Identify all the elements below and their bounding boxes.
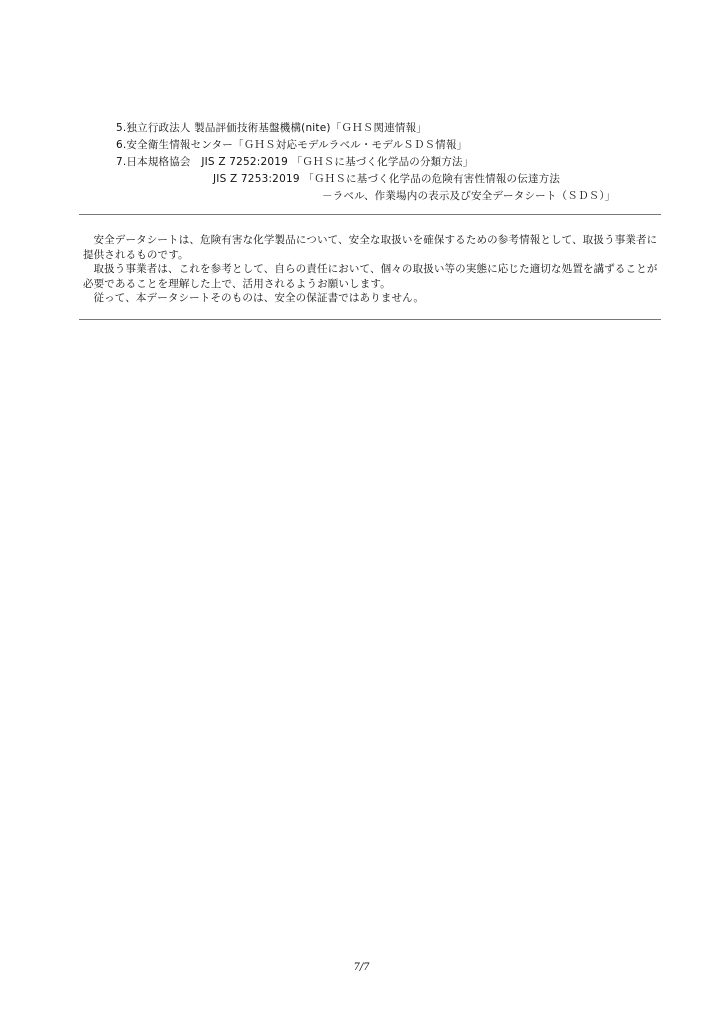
disclaimer-section: 安全データシートは、危険有害な化学製品について、安全な取扱いを確保するための参考…	[83, 233, 663, 306]
reference-item-6: 6.安全衛生情報センター「ＧＨＳ対応モデルラベル・モデルＳＤＳ情報」	[116, 138, 467, 152]
reference-item-7-subtitle: －ラベル、作業場内の表示及び安全データシート（ＳＤＳ）」	[322, 189, 616, 203]
reference-item-7-continuation: JIS Z 7253:2019 「ＧＨＳに基づく化学品の危険有害性情報の伝達方法	[213, 172, 560, 186]
reference-item-7: 7.日本規格協会 JIS Z 7252:2019 「ＧＨＳに基づく化学品の分類方…	[116, 155, 473, 169]
disclaimer-paragraph-1: 安全データシートは、危険有害な化学製品について、安全な取扱いを確保するための参考…	[83, 233, 663, 262]
disclaimer-paragraph-2: 取扱う事業者は、これを参考として、自らの責任において、個々の取扱い等の実態に応じ…	[83, 262, 663, 291]
reference-item-5: 5.独立行政法人 製品評価技術基盤機構(nite)「ＧＨＳ関連情報」	[116, 121, 427, 135]
divider-bottom	[79, 319, 661, 320]
page-number: 7/7	[0, 962, 723, 973]
divider-top	[79, 214, 661, 215]
disclaimer-paragraph-3: 従って、本データシートそのものは、安全の保証書ではありません。	[83, 291, 663, 306]
